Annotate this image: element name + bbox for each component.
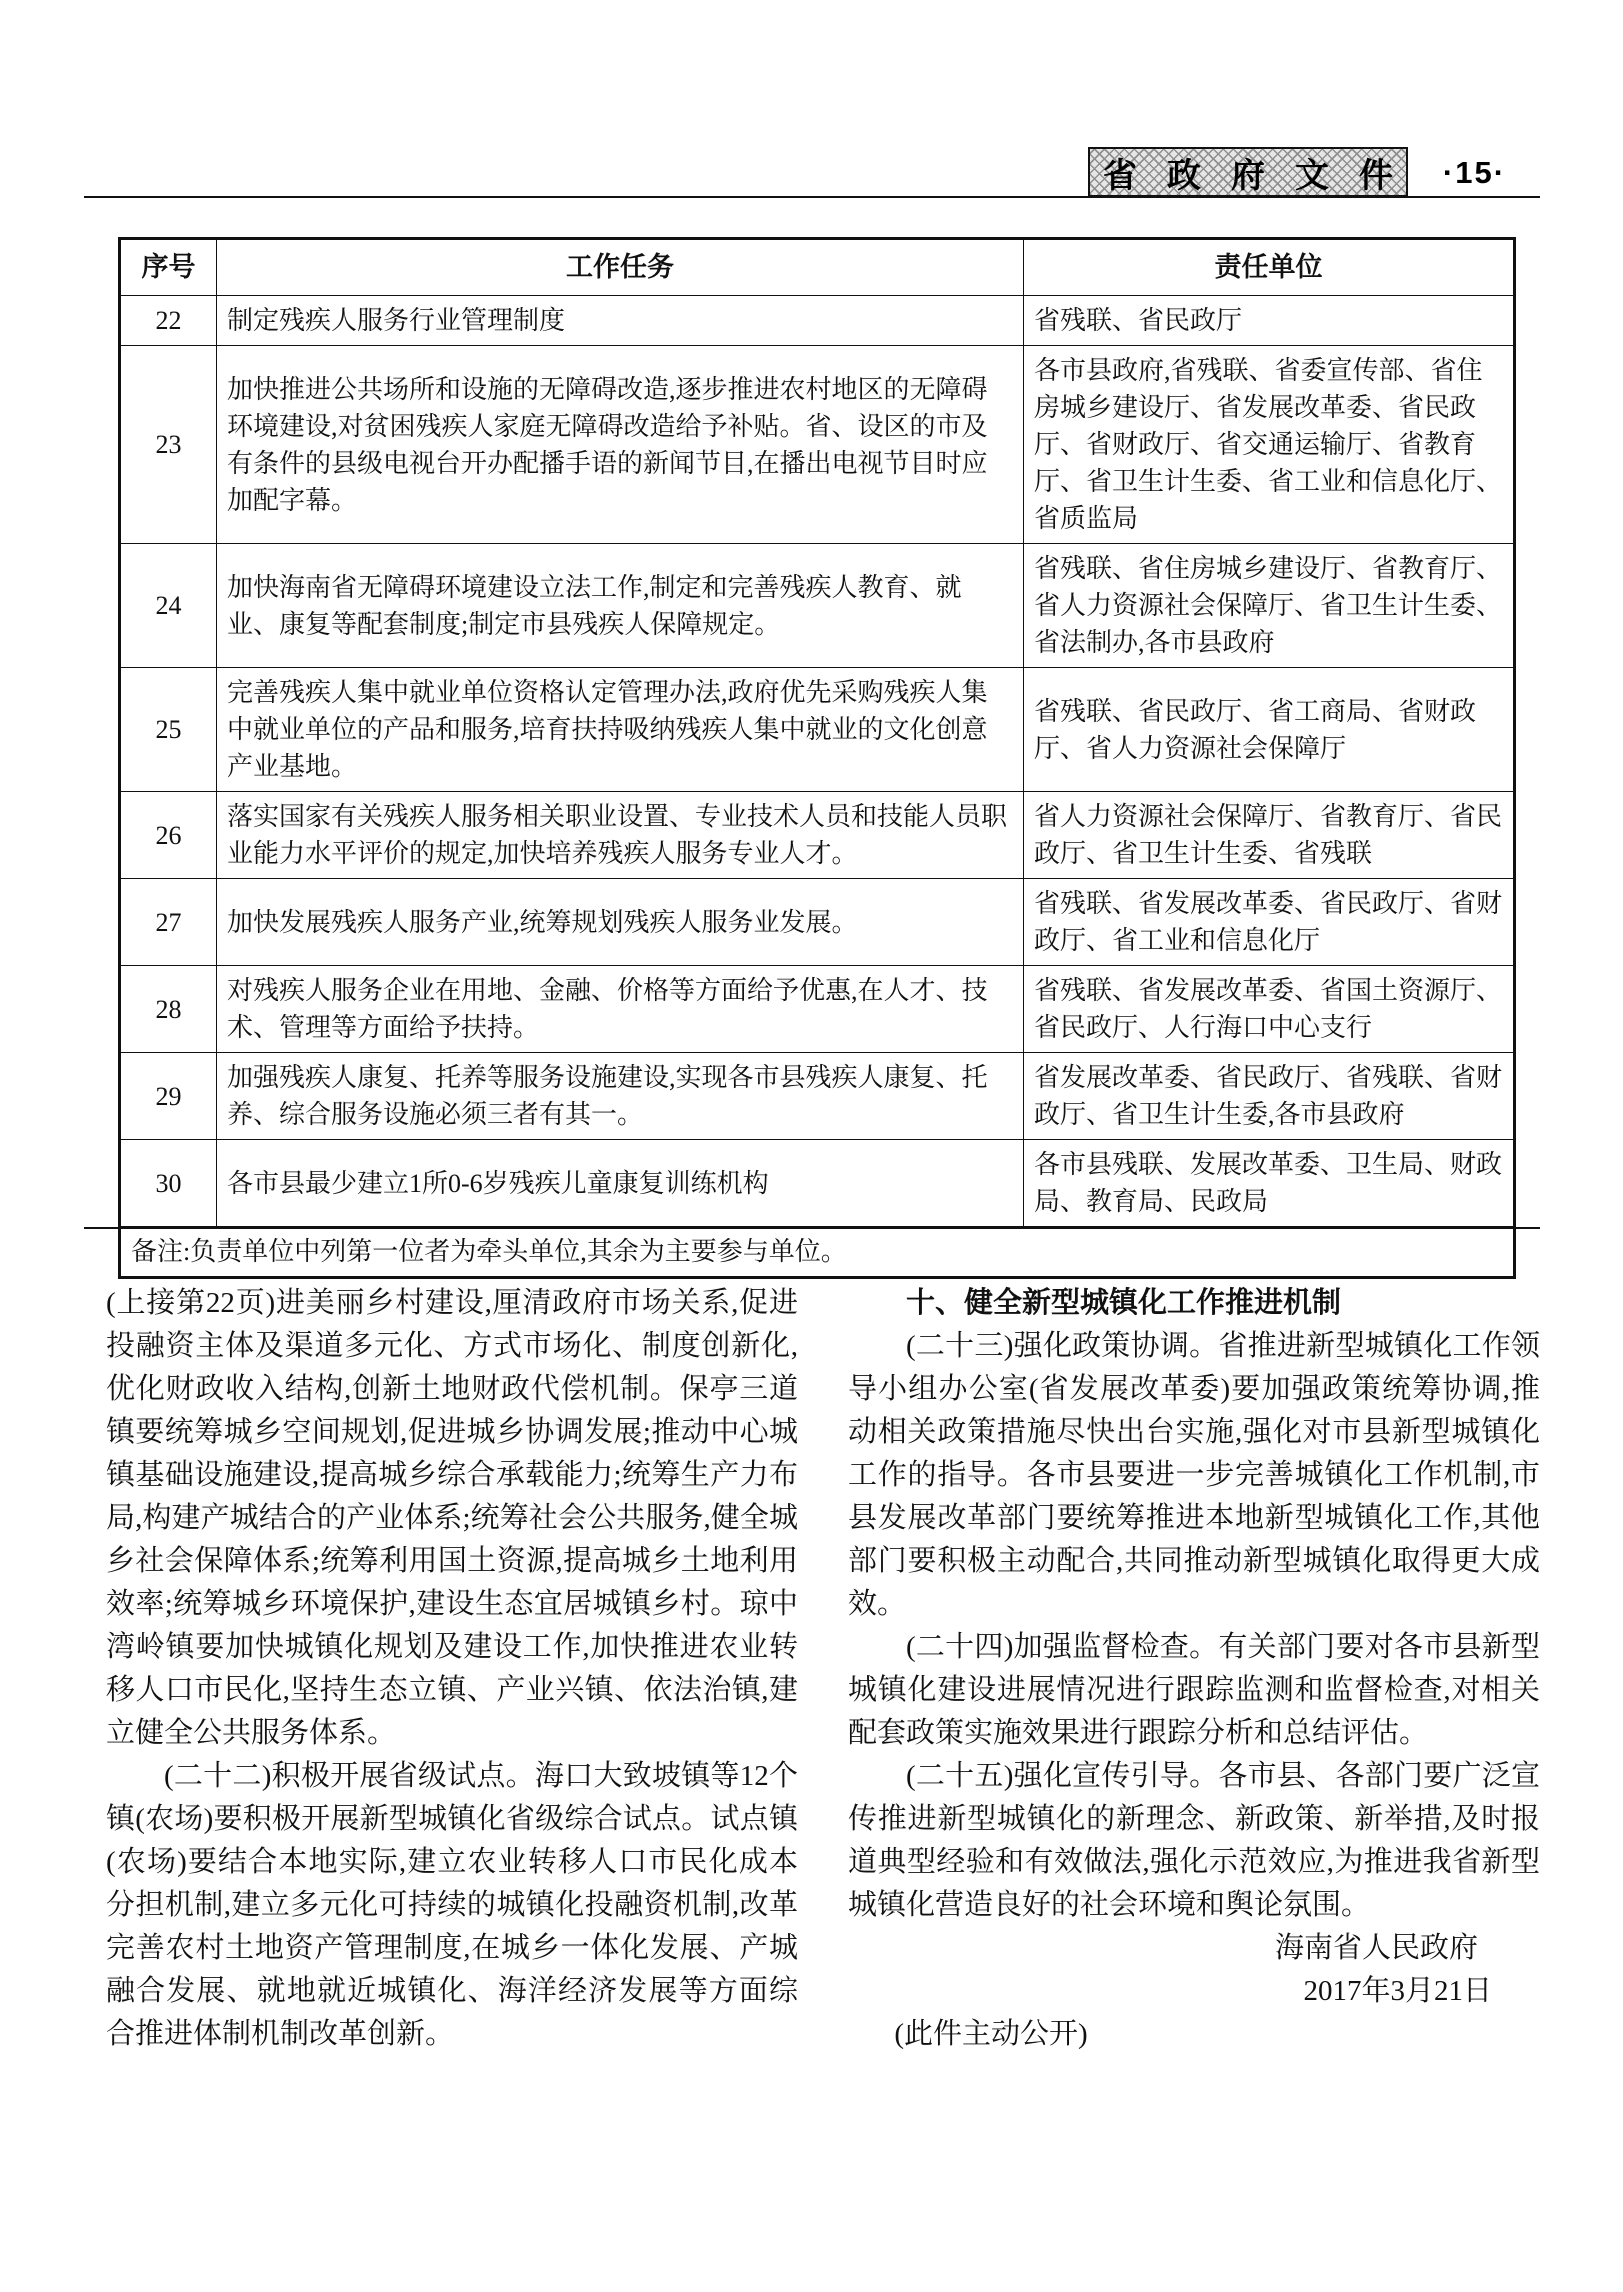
task-cell: 加强残疾人康复、托养等服务设施建设,实现各市县残疾人康复、托养、综合服务设施必须… bbox=[217, 1053, 1024, 1140]
task-cell: 加快推进公共场所和设施的无障碍改造,逐步推进农村地区的无障碍环境建设,对贫困残疾… bbox=[217, 346, 1024, 544]
header-rule bbox=[84, 196, 1540, 198]
row-number-cell: 28 bbox=[120, 966, 217, 1053]
table-row: 22 制定残疾人服务行业管理制度 省残联、省民政厅 bbox=[120, 296, 1515, 346]
unit-cell: 省残联、省发展改革委、省国土资源厅、省民政厅、人行海口中心支行 bbox=[1024, 966, 1515, 1053]
article-body: (上接第22页)进美丽乡村建设,厘清政府市场关系,促进投融资主体及渠道多元化、方… bbox=[106, 1282, 1540, 2056]
paragraph-24: (二十四)加强监督检查。有关部门要对各市县新型城镇化建设进展情况进行跟踪监测和监… bbox=[848, 1626, 1540, 1755]
table-row: 29 加强残疾人康复、托养等服务设施建设,实现各市县残疾人康复、托养、综合服务设… bbox=[120, 1053, 1515, 1140]
column-header-no: 序号 bbox=[120, 239, 217, 296]
section-divider-rule bbox=[84, 1227, 1540, 1229]
work-task-table: 序号 工作任务 责任单位 22 制定残疾人服务行业管理制度 省残联、省民政厅 2… bbox=[118, 237, 1516, 1279]
task-cell: 加快发展残疾人服务产业,统筹规划残疾人服务业发展。 bbox=[217, 879, 1024, 966]
paragraph-continuation: (上接第22页)进美丽乡村建设,厘清政府市场关系,促进投融资主体及渠道多元化、方… bbox=[106, 1282, 798, 1755]
table-row: 28 对残疾人服务企业在用地、金融、价格等方面给予优惠,在人才、技术、管理等方面… bbox=[120, 966, 1515, 1053]
table-row: 26 落实国家有关残疾人服务相关职业设置、专业技术人员和技能人员职业能力水平评价… bbox=[120, 792, 1515, 879]
task-cell: 制定残疾人服务行业管理制度 bbox=[217, 296, 1024, 346]
task-cell: 落实国家有关残疾人服务相关职业设置、专业技术人员和技能人员职业能力水平评价的规定… bbox=[217, 792, 1024, 879]
right-column: 十、健全新型城镇化工作推进机制 (二十三)强化政策协调。省推进新型城镇化工作领导… bbox=[848, 1282, 1540, 2056]
disclosure-note: (此件主动公开) bbox=[848, 2013, 1540, 2056]
row-number-cell: 24 bbox=[120, 544, 217, 668]
unit-cell: 各市县政府,省残联、省委宣传部、省住房城乡建设厅、省发展改革委、省民政厅、省财政… bbox=[1024, 346, 1515, 544]
table-row: 27 加快发展残疾人服务产业,统筹规划残疾人服务业发展。 省残联、省发展改革委、… bbox=[120, 879, 1515, 966]
task-cell: 完善残疾人集中就业单位资格认定管理办法,政府优先采购残疾人集中就业单位的产品和服… bbox=[217, 668, 1024, 792]
column-header-unit: 责任单位 bbox=[1024, 239, 1515, 296]
issuer-signature: 海南省人民政府 bbox=[848, 1927, 1540, 1970]
document-page: { "header": { "banner": "省政府文件", "page_n… bbox=[0, 0, 1623, 2292]
unit-cell: 各市县残联、发展改革委、卫生局、财政局、教育局、民政局 bbox=[1024, 1140, 1515, 1227]
column-header-task: 工作任务 bbox=[217, 239, 1024, 296]
unit-cell: 省残联、省民政厅、省工商局、省财政厅、省人力资源社会保障厅 bbox=[1024, 668, 1515, 792]
issue-date: 2017年3月21日 bbox=[848, 1970, 1540, 2013]
row-number-cell: 23 bbox=[120, 346, 217, 544]
unit-cell: 省残联、省住房城乡建设厅、省教育厅、省人力资源社会保障厅、省卫生计生委、省法制办… bbox=[1024, 544, 1515, 668]
row-number-cell: 30 bbox=[120, 1140, 217, 1227]
table-note-row: 备注:负责单位中列第一位者为牵头单位,其余为主要参与单位。 bbox=[120, 1227, 1515, 1278]
table-header-row: 序号 工作任务 责任单位 bbox=[120, 239, 1515, 296]
unit-cell: 省发展改革委、省民政厅、省残联、省财政厅、省卫生计生委,各市县政府 bbox=[1024, 1053, 1515, 1140]
paragraph-25: (二十五)强化宣传引导。各市县、各部门要广泛宣传推进新型城镇化的新理念、新政策、… bbox=[848, 1755, 1540, 1927]
task-cell: 各市县最少建立1所0-6岁残疾儿童康复训练机构 bbox=[217, 1140, 1024, 1227]
header-banner: 省政府文件 bbox=[1088, 147, 1408, 197]
table-row: 25 完善残疾人集中就业单位资格认定管理办法,政府优先采购残疾人集中就业单位的产… bbox=[120, 668, 1515, 792]
row-number-cell: 27 bbox=[120, 879, 217, 966]
row-number-cell: 22 bbox=[120, 296, 217, 346]
row-number-cell: 26 bbox=[120, 792, 217, 879]
paragraph-22: (二十二)积极开展省级试点。海口大致坡镇等12个镇(农场)要积极开展新型城镇化省… bbox=[106, 1755, 798, 2056]
table-note: 备注:负责单位中列第一位者为牵头单位,其余为主要参与单位。 bbox=[120, 1227, 1515, 1278]
table-row: 30 各市县最少建立1所0-6岁残疾儿童康复训练机构 各市县残联、发展改革委、卫… bbox=[120, 1140, 1515, 1227]
unit-cell: 省残联、省发展改革委、省民政厅、省财政厅、省工业和信息化厅 bbox=[1024, 879, 1515, 966]
row-number-cell: 29 bbox=[120, 1053, 217, 1140]
task-cell: 加快海南省无障碍环境建设立法工作,制定和完善残疾人教育、就业、康复等配套制度;制… bbox=[217, 544, 1024, 668]
left-column: (上接第22页)进美丽乡村建设,厘清政府市场关系,促进投融资主体及渠道多元化、方… bbox=[106, 1282, 798, 2056]
unit-cell: 省残联、省民政厅 bbox=[1024, 296, 1515, 346]
unit-cell: 省人力资源社会保障厅、省教育厅、省民政厅、省卫生计生委、省残联 bbox=[1024, 792, 1515, 879]
header-banner-label: 省政府文件 bbox=[1073, 148, 1423, 197]
table-row: 23 加快推进公共场所和设施的无障碍改造,逐步推进农村地区的无障碍环境建设,对贫… bbox=[120, 346, 1515, 544]
table-row: 24 加快海南省无障碍环境建设立法工作,制定和完善残疾人教育、就业、康复等配套制… bbox=[120, 544, 1515, 668]
section-heading: 十、健全新型城镇化工作推进机制 bbox=[848, 1282, 1540, 1325]
paragraph-23: (二十三)强化政策协调。省推进新型城镇化工作领导小组办公室(省发展改革委)要加强… bbox=[848, 1325, 1540, 1626]
row-number-cell: 25 bbox=[120, 668, 217, 792]
page-number: ·15· bbox=[1412, 149, 1537, 197]
task-cell: 对残疾人服务企业在用地、金融、价格等方面给予优惠,在人才、技术、管理等方面给予扶… bbox=[217, 966, 1024, 1053]
